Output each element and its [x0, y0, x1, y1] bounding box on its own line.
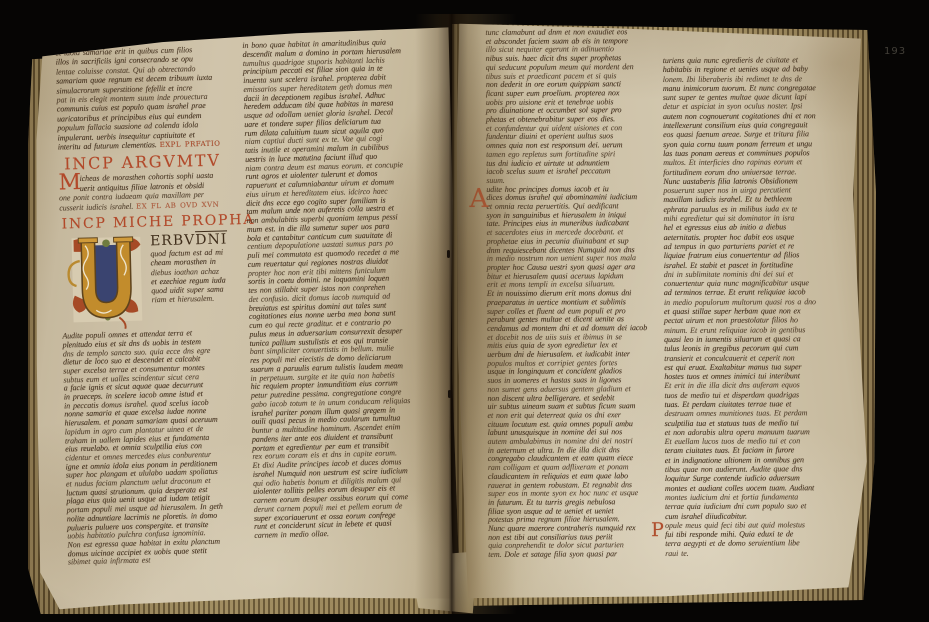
manuscript-text-line: sibimet quia infirmata est [68, 554, 252, 567]
right-page: tunc clamabunt ad dnm et non exaudiet eo… [456, 16, 870, 610]
incipit-opening-lines: ERBVDNI quod factum est ad micheam moras… [150, 233, 229, 305]
micha-chapter1-text: Audite populi omnes et attendat terra et… [62, 328, 252, 567]
manuscript-text-line: tuos de medio tui et disperdam quadrigas [664, 390, 862, 400]
left-page-content: et idola samariae erit in quibus cum fil… [29, 17, 463, 619]
right-column-1: tunc clamabunt ad dnm et non exaudiet eo… [486, 28, 663, 560]
manuscript-text-line: suum. [486, 176, 660, 186]
manuscript-text-line: ram colligam et quam adflixeram et ponam [488, 463, 662, 473]
manuscript-text-line: conuertentur quia nunc magnificabitur us… [664, 278, 862, 288]
manuscript-text-line: tamen ego repletus sum fortitudine spiri [486, 150, 660, 160]
manuscript-text-line: potestas prima regnum filiae hierusalem. [488, 515, 662, 525]
explicit-praefatio: EXPL PRFATIO [160, 140, 221, 149]
manuscript-text-line: et omnia recta peruertitis. Qui aedifica… [486, 202, 660, 212]
manuscript-text-line: turiens quia nunc egredieris de ciuitate… [663, 55, 861, 65]
manuscript-photo: et idola samariae erit in quibus cum fil… [0, 0, 929, 622]
manuscript-text-line: tem. Dole et satage filia syon quasi par [488, 550, 662, 560]
manuscript-text-line: populos multos et corripiet gentes forte… [487, 359, 661, 369]
argumentum-explicit: EX FL AB OVD XVN [136, 200, 219, 210]
manuscript-text-line: mihi egredietur qui sit dominator in isr… [663, 213, 861, 223]
manuscript-text-line: non sumet gens aduersus gentem gladium e… [487, 385, 661, 395]
manuscript-text-line: et non erit qui deterreat quia os dni ex… [488, 411, 662, 421]
manuscript-text-line: carnem in medio ollae. [254, 527, 442, 540]
right-column-2: turiens quia nunc egredieris de ciuitate… [663, 55, 864, 558]
manuscript-text-line: uobis pro uisione erit et tenebrae uobis [486, 98, 660, 108]
manuscript-text-line: minum. Et erunt reliquiae iacob in genti… [664, 325, 862, 335]
manuscript-text-line: ad tempus in quo parturiens pariet et re [664, 241, 862, 251]
manuscript-text-line: transierit et conculcauerit et ceperit n… [664, 352, 862, 362]
left-page: et idola samariae erit in quibus cum fil… [36, 22, 456, 614]
left-column-2: in bono quae habitat in amaritudinibus q… [242, 37, 442, 540]
argumentum-lines: icheas de morasthen cohortis sophi uasta… [58, 171, 243, 204]
manuscript-text-line: raui te. [665, 548, 863, 558]
incipit-word: ERBV [150, 232, 196, 249]
manuscript-text-line: eos quasi faenum areae. Surge et tritura… [663, 129, 861, 139]
incipit-block: ERBVDNI quod factum est ad micheam moras… [60, 232, 246, 332]
manuscript-text-line: erit et mons templi in excelsa siluarum. [487, 280, 661, 290]
manuscript-text-line: mitis eius quia de syon egredietur lex e… [487, 341, 661, 351]
illuminated-initial-V [62, 235, 148, 331]
prologue-block: et idola samariae erit in quibus cum fil… [55, 44, 241, 143]
manuscript-text-line: lonem. Ibi liberaberis ibi redimet te dn… [663, 74, 861, 84]
prologue-last-text: interitu ad futurum clementias. [58, 140, 157, 151]
manuscript-text-line: fundentur diuini et operient uultus suos [486, 132, 660, 142]
initial-P: P [651, 521, 664, 540]
incipit-side-lines: quod factum est ad micheam morasthen ind… [150, 248, 229, 305]
manuscript-text-line: riam et hierusalem. [151, 294, 228, 305]
folio-number: 193 [884, 46, 906, 57]
manuscript-text-line: illo sicut nequiter egerunt in adinuenti… [486, 45, 660, 55]
manuscript-text-line: super colles et fluent ad eum populi et … [487, 307, 661, 317]
right-page-content: tunc clamabunt ad dnm et non exaudiet eo… [454, 15, 871, 611]
manuscript-text-line: terrae quia iudicium dni cum populo suo … [665, 501, 863, 511]
manuscript-text-line: in aeternum et ultra. In die illa dicit … [488, 446, 662, 456]
binding-stitch [447, 250, 450, 258]
manuscript-text-line: tibus quae non audierunt. Audite quae dn… [665, 464, 863, 474]
initial-A: A [469, 186, 488, 212]
argumentum-block: M icheas de morasthen cohortis sophi uas… [58, 171, 243, 214]
manuscript-text-line: in medio populorum multorum quasi ros a … [664, 297, 862, 307]
manuscript-text-line: super eos in monte syon ex hoc nunc et u… [488, 489, 662, 499]
manuscript-text-line: diebus ioathan achaz [151, 266, 228, 277]
binding-stitch [448, 390, 451, 398]
manuscript-text-line: tunc clamabunt ad dnm et non exaudiet eo… [486, 28, 660, 38]
manuscript-text-line: quod factum est ad mi [150, 248, 227, 259]
manuscript-text-line: Et euellam lucos tuos de medio tui et co… [665, 436, 863, 446]
manuscript-text-line: fortitudinem eorum dno uniuersae terrae. [663, 167, 861, 177]
manuscript-text-line: detur et aspiciat in syon oculus noster.… [663, 101, 861, 111]
incipit-word-abbrev: DNI [195, 232, 227, 249]
manuscript-text-line: prophetae eius in pecunia diuinabant et … [487, 237, 661, 247]
manuscript-text-line: opule meus quid feci tibi aut quid moles… [665, 520, 863, 530]
manuscript-text-line: tibus suis et praedicant pacem et si qui… [486, 72, 660, 82]
left-column-1: et idola samariae erit in quibus cum fil… [55, 44, 252, 567]
argumentum-last-text: cusserit iudicis israhel. [59, 201, 133, 212]
manuscript-text-line: posuerunt super nos in uirga percutient [663, 185, 861, 195]
manuscript-text-line: in medio nostrum non uenient super nos m… [487, 254, 661, 264]
manuscript-text-line: destruam omnes munitiones tuas. Et perda… [665, 408, 863, 418]
